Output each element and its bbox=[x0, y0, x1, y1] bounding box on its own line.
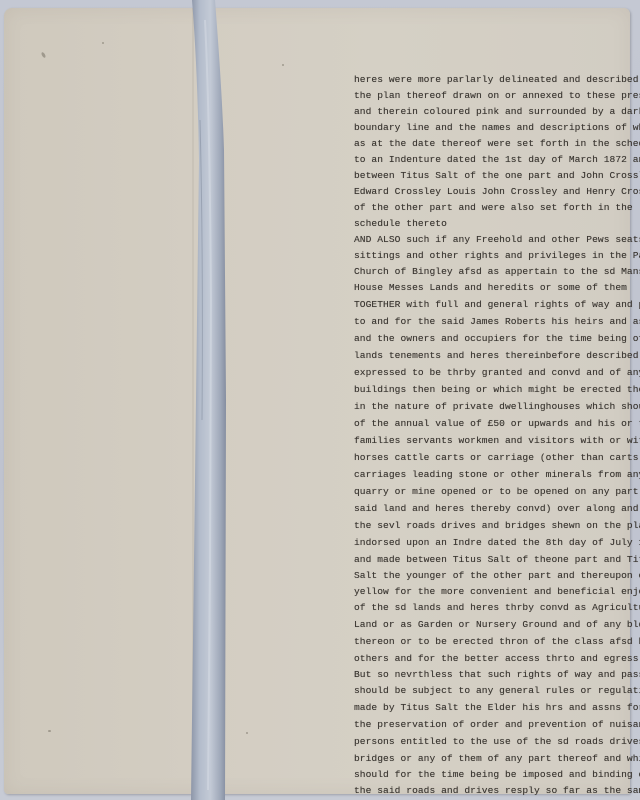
text-line: between Titus Salt of the one part and J… bbox=[354, 170, 640, 182]
text-line: Salt the younger of the other part and t… bbox=[354, 570, 640, 582]
text-line: made by Titus Salt the Elder his hrs and… bbox=[354, 702, 640, 714]
text-line: carriages leading stone or other mineral… bbox=[354, 469, 640, 481]
text-line: expressed to be thrby granted and convd … bbox=[354, 367, 640, 379]
text-line: should be subject to any general rules o… bbox=[354, 685, 640, 697]
text-line: But so nevrthless that such rights of wa… bbox=[354, 669, 640, 681]
text-line: the said roads and drives resply so far … bbox=[354, 785, 640, 797]
text-line: yellow for the more convenient and benef… bbox=[354, 586, 640, 598]
text-line: of the other part and were also set fort… bbox=[354, 202, 633, 214]
text-line: of the annual value of £50 or upwards an… bbox=[354, 418, 640, 430]
text-line: to an Indenture dated the 1st day of Mar… bbox=[354, 154, 640, 166]
text-line: horses cattle carts or carriage (other t… bbox=[354, 452, 640, 464]
text-line: and therein coloured pink and surrounded… bbox=[354, 106, 640, 118]
text-line: Edward Crossley Louis John Crossley and … bbox=[354, 186, 640, 198]
paper-blemish bbox=[282, 64, 284, 66]
paper-blemish bbox=[102, 42, 104, 44]
page-fold-crease bbox=[192, 8, 194, 794]
text-line: persons entitled to the use of the sd ro… bbox=[354, 736, 640, 748]
text-line: boundary line and the names and descript… bbox=[354, 122, 640, 134]
text-line: indorsed upon an Indre dated the 8th day… bbox=[354, 537, 640, 549]
text-line: as at the date thereof were set forth in… bbox=[354, 138, 640, 150]
text-line: and the owners and occupiers for the tim… bbox=[354, 333, 640, 345]
text-line: the preservation of order and prevention… bbox=[354, 719, 640, 731]
text-line: in the nature of private dwellinghouses … bbox=[354, 401, 640, 413]
paper-blemish bbox=[41, 52, 47, 59]
text-line: of the sd lands and heres thrby convd as… bbox=[354, 602, 640, 614]
text-line: should for the time being be imposed and… bbox=[354, 769, 640, 781]
text-line: bridges or any of them of any part there… bbox=[354, 753, 640, 765]
text-line: Land or as Garden or Nursery Ground and … bbox=[354, 619, 640, 631]
text-line: and made between Titus Salt of theone pa… bbox=[354, 554, 640, 566]
text-line: lands tenements and heres thereinbefore … bbox=[354, 350, 640, 362]
text-line: quarry or mine opened or to be opened on… bbox=[354, 486, 640, 498]
text-line: sittings and other rights and privileges… bbox=[354, 250, 640, 262]
text-line: the sevl roads drives and bridges shewn … bbox=[354, 520, 640, 532]
text-line: to and for the said James Roberts his he… bbox=[354, 316, 640, 328]
paper-blemish bbox=[48, 730, 51, 732]
text-line: thereon or to be erected thron of the cl… bbox=[354, 636, 640, 648]
text-line: buildings then being or which might be e… bbox=[354, 384, 640, 396]
text-line: schedule thereto bbox=[354, 218, 447, 230]
text-line: others and for the better access thrto a… bbox=[354, 653, 640, 665]
text-line: the plan thereof drawn on or annexed to … bbox=[354, 90, 640, 102]
text-line: heres were more parlarly delineated and … bbox=[354, 74, 640, 86]
text-line: said land and heres thereby convd) over … bbox=[354, 503, 640, 515]
text-line: families servants workmen and visitors w… bbox=[354, 435, 640, 447]
text-line: Church of Bingley afsd as appertain to t… bbox=[354, 266, 640, 278]
paper-blemish bbox=[246, 732, 248, 734]
text-line: TOGETHER with full and general rights of… bbox=[354, 299, 640, 311]
text-line: House Messes Lands and heredits or some … bbox=[354, 282, 627, 294]
text-line: AND ALSO such if any Freehold and other … bbox=[354, 234, 640, 246]
